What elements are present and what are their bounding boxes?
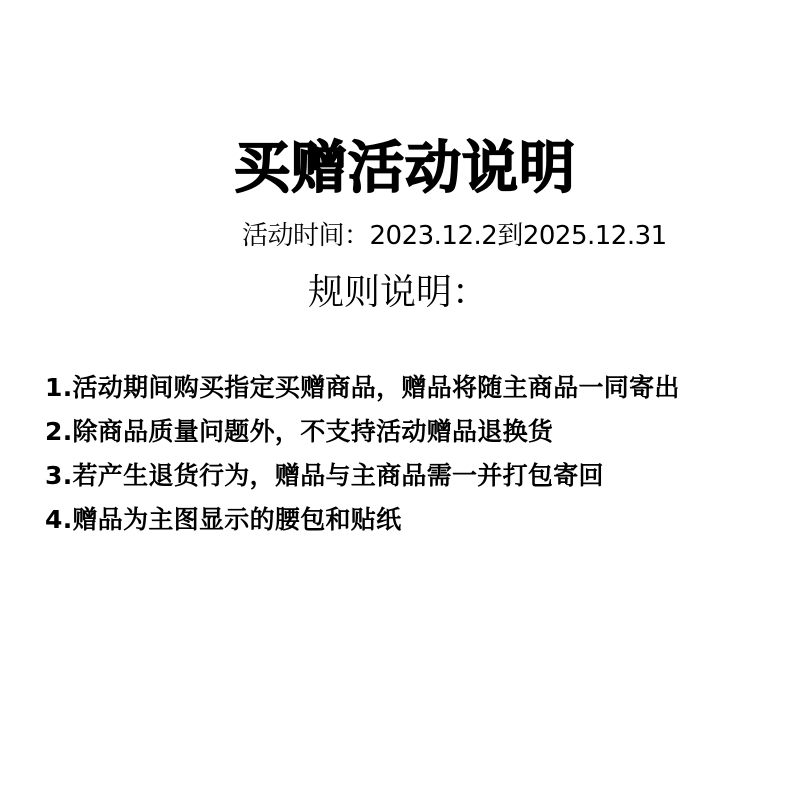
rule-item: 2.除商品质量问题外，不支持活动赠品退换货 bbox=[45, 410, 680, 454]
rule-item: 1.活动期间购买指定买赠商品，赠品将随主商品一同寄出 bbox=[45, 366, 680, 410]
page-title: 买赠活动说明 bbox=[234, 134, 576, 204]
activity-period: 活动时间：2023.12.2到2025.12.31 bbox=[242, 218, 667, 254]
rules-list: 1.活动期间购买指定买赠商品，赠品将随主商品一同寄出 2.除商品质量问题外，不支… bbox=[45, 366, 680, 542]
rules-heading: 规则说明： bbox=[308, 268, 488, 318]
rule-item: 4.赠品为主图显示的腰包和贴纸 bbox=[45, 498, 680, 542]
rule-item: 3.若产生退货行为，赠品与主商品需一并打包寄回 bbox=[45, 454, 680, 498]
